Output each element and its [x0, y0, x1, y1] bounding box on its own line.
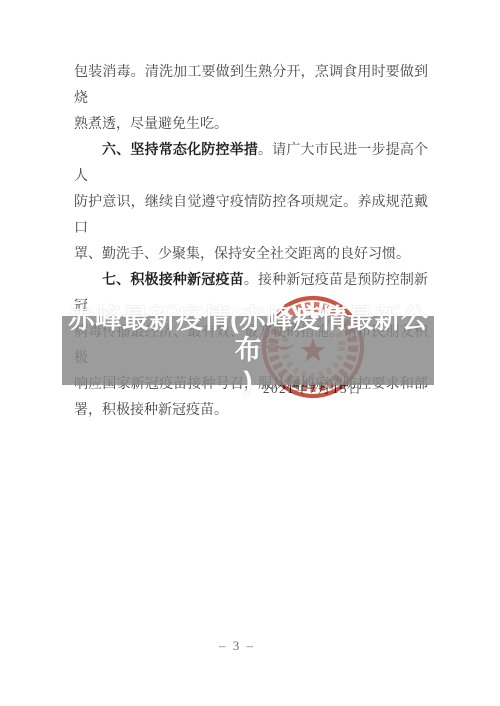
title-overlay-band: 赤峰最新疫情(赤峰疫情最新公布 ) [62, 316, 434, 385]
body-text-line: 罩、勤洗手、少聚集，保持安全社交距离的良好习惯。 [74, 242, 428, 268]
page-number: – 3 – [187, 638, 287, 654]
body-text-line: 熟煮透，尽量避免生吃。 [74, 112, 428, 138]
paragraph-text: 署，积极接种新冠疫苗。 [74, 403, 228, 418]
paragraph-text: 熟煮透，尽量避免生吃。 [74, 117, 228, 132]
document-page: 包装消毒。清洗加工要做到生熟分开，烹调食用时要做到烧 熟煮透，尽量避免生吃。 六… [0, 0, 500, 706]
paragraph-heading: 七、积极接种新冠疫苗 [102, 273, 244, 288]
paragraph-text: 防护意识，继续自觉遵守疫情防控各项规定。养成规范戴口 [74, 195, 428, 236]
paragraph-heading: 六、坚持常态化防控举措 [102, 143, 258, 158]
body-text-line: 防护意识，继续自觉遵守疫情防控各项规定。养成规范戴口 [74, 190, 428, 242]
overlay-title-line1: 赤峰最新疫情(赤峰疫情最新公布 [62, 304, 434, 366]
paragraph-text: 包装消毒。清洗加工要做到生熟分开，烹调食用时要做到烧 [74, 65, 428, 106]
body-text-line: 六、坚持常态化防控举措。请广大市民进一步提高个人 [74, 138, 428, 190]
body-text-line: 包装消毒。清洗加工要做到生熟分开，烹调食用时要做到烧 [74, 60, 428, 112]
paragraph-text: 罩、勤洗手、少聚集，保持安全社交距离的良好习惯。 [74, 247, 410, 262]
overlay-title-line2: ) [244, 366, 253, 397]
body-text-line: 署，积极接种新冠疫苗。 [74, 398, 428, 424]
